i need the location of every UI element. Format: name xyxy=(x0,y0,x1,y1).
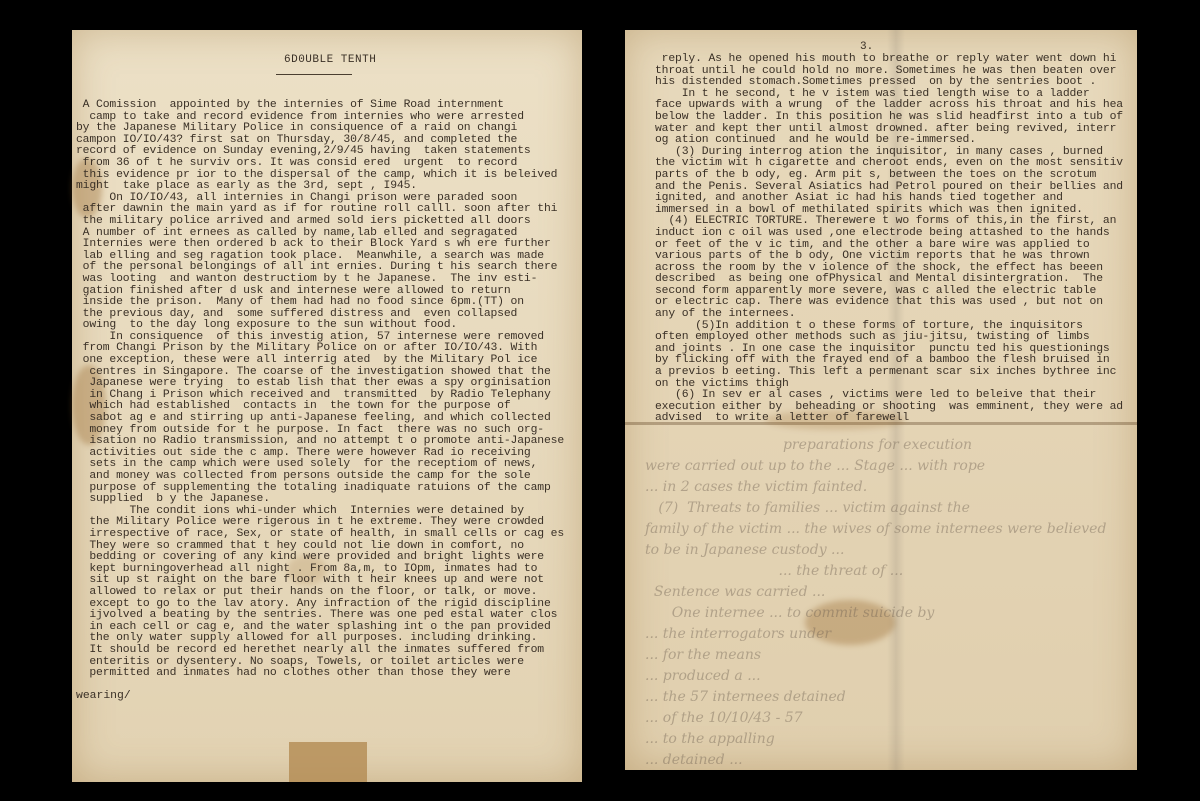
text-line: inside the prison. Many of them had had … xyxy=(76,297,564,309)
handwritten-notes: preparations for executionwere carried o… xyxy=(645,435,1106,771)
text-line: A Comission appointed by the internies o… xyxy=(76,100,564,112)
text-line: and money was collected from persons out… xyxy=(76,471,564,483)
text-line: ... the threat of ... xyxy=(645,561,1106,582)
text-line: one exception, these were all interrig a… xyxy=(76,355,564,367)
text-line: reply. As he opened his mouth to breathe… xyxy=(655,54,1123,66)
text-line: ... produced a ... xyxy=(645,666,1106,687)
text-line: might take place as early as the 3rd, se… xyxy=(76,181,564,193)
text-line: advised to write a letter of farewell xyxy=(655,413,1123,425)
text-line: It should be record ed herethet nearly a… xyxy=(76,645,564,657)
text-line: a previos b eeting. This left a permenan… xyxy=(655,367,1123,379)
text-line: og ation continued and he would be re-im… xyxy=(655,135,1123,147)
text-line: various parts of the b ody, One victim r… xyxy=(655,251,1123,263)
text-line: ... of the 10/10/43 - 57 xyxy=(645,708,1106,729)
text-line: sabot ag e and stirring up anti-Japanese… xyxy=(76,413,564,425)
text-line: ... in 2 cases the victim fainted. xyxy=(645,477,1106,498)
text-line: Internies were then ordered b ack to the… xyxy=(76,239,564,251)
text-line: One internee ... to commit suicide by xyxy=(645,603,1106,624)
text-line: Sentence was carried ... xyxy=(645,582,1106,603)
text-line: allowed to relax or put their hands on t… xyxy=(76,587,564,599)
text-line: preparations for execution xyxy=(645,435,1106,456)
text-line: were carried out up to the ... Stage ...… xyxy=(645,456,1106,477)
text-line: any of the internees. xyxy=(655,309,1123,321)
text-line: the military police arrived and armed so… xyxy=(76,216,564,228)
document-page-left: 6D0UBLE TENTH A Comission appointed by t… xyxy=(72,30,582,782)
text-line: ... to the appalling xyxy=(645,729,1106,750)
page-number: 3. xyxy=(860,41,873,53)
text-line: below the ladder. In this position he wa… xyxy=(655,112,1123,124)
text-line: to be in Japanese custody ... xyxy=(645,540,1106,561)
text-line: ... the interrogators under xyxy=(645,624,1106,645)
continuation-word: wearing/ xyxy=(76,690,131,702)
text-line: (7) Threats to families ... victim again… xyxy=(645,498,1106,519)
text-line: induct ion c oil was used ,one electrode… xyxy=(655,228,1123,240)
tape-residue xyxy=(289,742,367,782)
text-line: ignited, and another Asiat ic had his ha… xyxy=(655,193,1123,205)
text-line: ... the 57 internees detained xyxy=(645,687,1106,708)
text-line: ... detained ... xyxy=(645,750,1106,771)
text-line: from 36 of t he surviv ors. It was consi… xyxy=(76,158,564,170)
text-line: bedding or covering of any kind were pro… xyxy=(76,552,564,564)
text-line: permitted and inmates had no clothes oth… xyxy=(76,668,564,680)
text-line: was looting and wanton destructiom by t … xyxy=(76,274,564,286)
text-line: family of the victim ... the wives of so… xyxy=(645,519,1106,540)
text-line: irrespective of race, Sex, or state of h… xyxy=(76,529,564,541)
typed-body-right: reply. As he opened his mouth to breathe… xyxy=(655,54,1123,425)
title-underline xyxy=(276,74,352,75)
text-line: ... for the means xyxy=(645,645,1106,666)
document-title: 6D0UBLE TENTH xyxy=(284,54,376,66)
text-line: ijvolved a beating by the sentries. Ther… xyxy=(76,610,564,622)
document-page-right: 3. reply. As he opened his mouth to brea… xyxy=(625,30,1137,770)
text-line: parts of the b ody, eg. Arm pit s, betwe… xyxy=(655,170,1123,182)
typed-body-left: A Comission appointed by the internies o… xyxy=(76,100,564,680)
